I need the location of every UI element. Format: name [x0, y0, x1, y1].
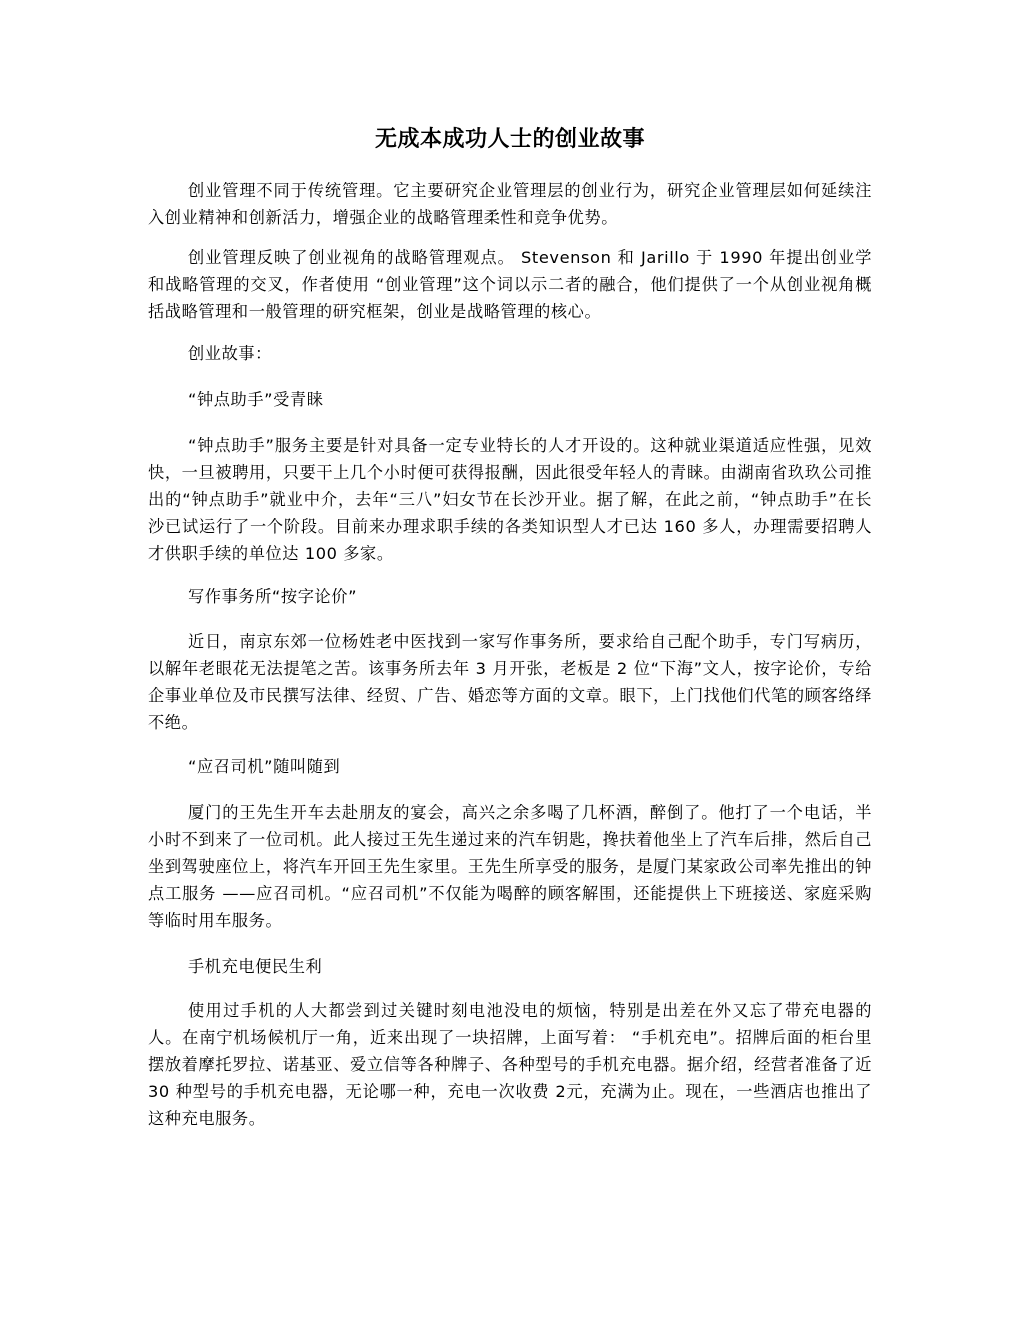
story-body-phone-charging: 使用过手机的人大都尝到过关键时刻电池没电的烦恼，特别是出差在外又忘了带充电器的人… — [148, 997, 872, 1132]
paragraph-intro: 创业管理不同于传统管理。它主要研究企业管理层的创业行为，研究企业管理层如何延续注… — [148, 177, 872, 231]
paragraph-strategy: 创业管理反映了创业视角的战略管理观点。 Stevenson 和 Jarillo … — [148, 244, 872, 325]
story-body-writing-office: 近日，南京东郊一位杨姓老中医找到一家写作事务所，要求给自己配个助手，专门写病历，… — [148, 628, 872, 736]
story-heading-hourly-assistant: “钟点助手”受青睐 — [148, 386, 872, 413]
section-label-stories: 创业故事： — [148, 340, 872, 367]
story-heading-on-call-driver: “应召司机”随叫随到 — [148, 753, 872, 780]
story-body-hourly-assistant: “钟点助手”服务主要是针对具备一定专业特长的人才开设的。这种就业渠道适应性强，见… — [148, 432, 872, 567]
document-title: 无成本成功人士的创业故事 — [148, 122, 872, 153]
story-heading-phone-charging: 手机充电便民生利 — [148, 953, 872, 980]
story-heading-writing-office: 写作事务所“按字论价” — [148, 583, 872, 610]
story-body-on-call-driver: 厦门的王先生开车去赴朋友的宴会，高兴之余多喝了几杯酒，醉倒了。他打了一个电话，半… — [148, 799, 872, 934]
